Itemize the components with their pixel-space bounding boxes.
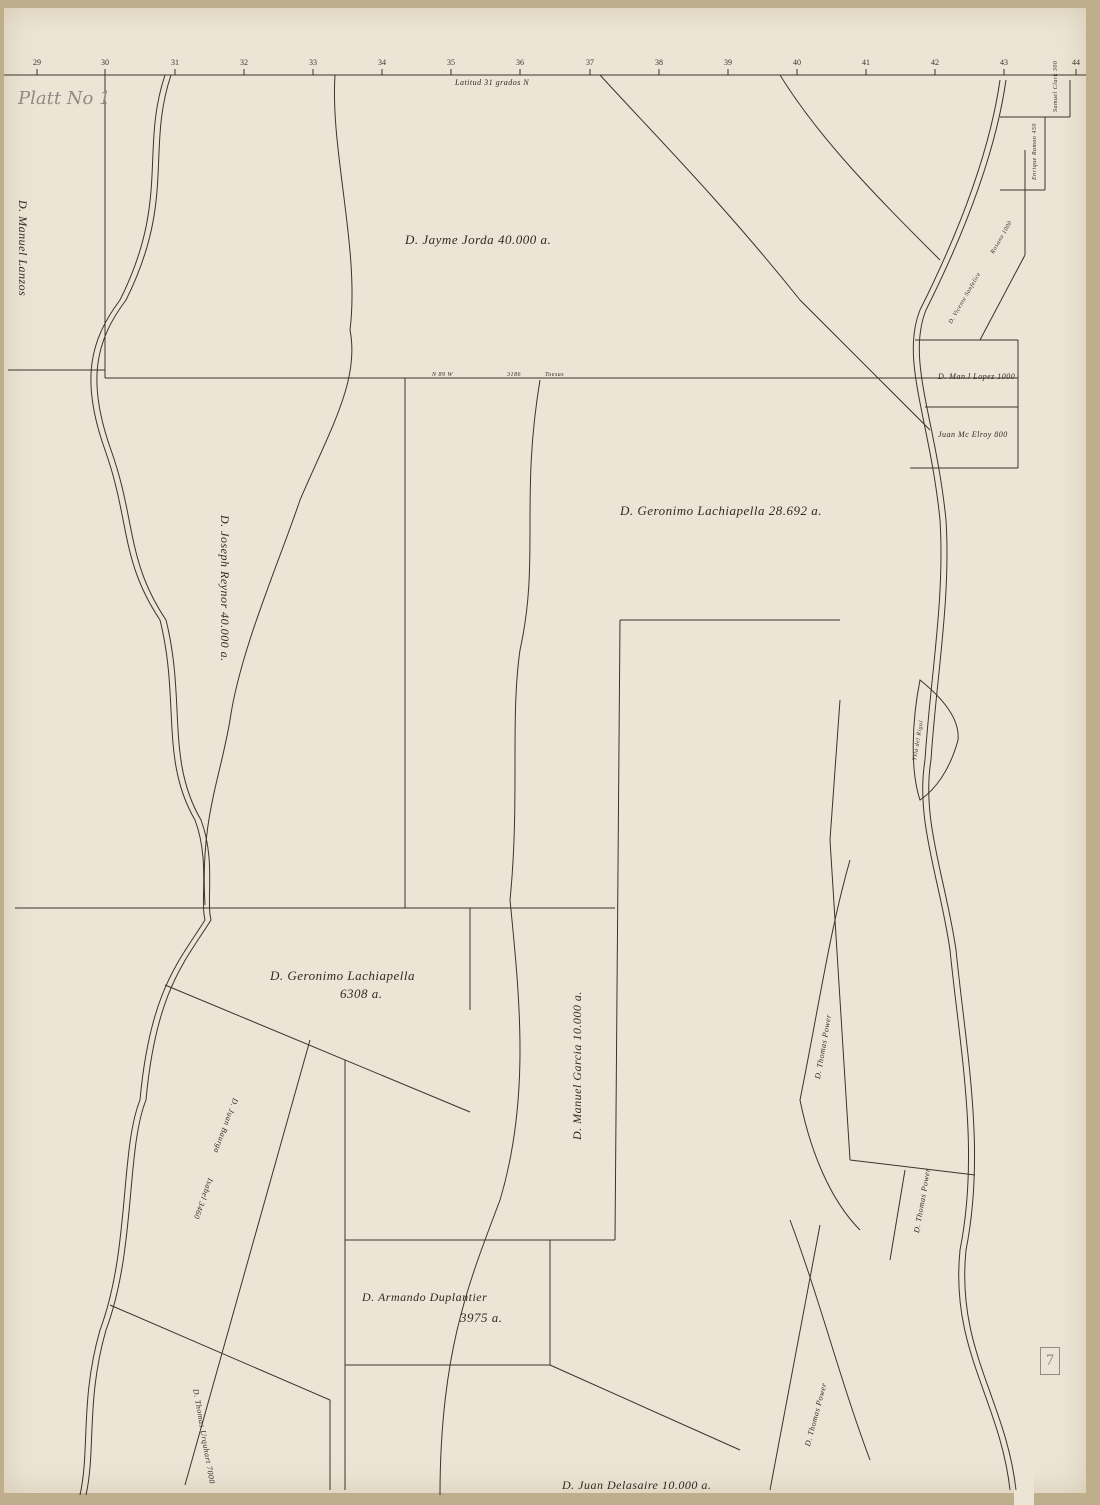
- tick-label: 31: [171, 58, 179, 67]
- tick-label: 33: [309, 58, 317, 67]
- tick-label: 34: [378, 58, 386, 67]
- parcel-area: 6308 a.: [340, 986, 383, 1002]
- survey-distance: 3186: [507, 372, 521, 378]
- tick-label: 36: [516, 58, 524, 67]
- survey-unit: Toesas: [545, 372, 564, 378]
- parcel-label: D. Geronimo Lachiapella: [270, 968, 415, 984]
- parcel-label: D. Joseph Reynor 40.000 a.: [217, 515, 232, 662]
- parcel-label: D. Jayme Jorda 40.000 a.: [405, 232, 551, 248]
- tick-label: 43: [1000, 58, 1008, 67]
- parcel-label: Juan Mc Elroy 800: [938, 430, 1008, 439]
- tick-label: 38: [655, 58, 663, 67]
- parcel-label: Samuel Clark 300: [1053, 61, 1059, 112]
- tick-label: 39: [724, 58, 732, 67]
- tick-label: 42: [931, 58, 939, 67]
- tick-label: 41: [862, 58, 870, 67]
- scale-ticks: [37, 69, 1076, 75]
- parcel-label: Enrique Ramon 450: [1032, 123, 1038, 180]
- tick-label: 35: [447, 58, 455, 67]
- tick-label: 30: [101, 58, 109, 67]
- parcel-label: D. Manuel Lanzos: [15, 200, 30, 296]
- tick-label: 40: [793, 58, 801, 67]
- tick-label: 32: [240, 58, 248, 67]
- tick-label: 44: [1072, 58, 1080, 67]
- parcel-label: D. Geronimo Lachiapella 28.692 a.: [620, 503, 822, 519]
- parcel-label: D. Juan Delasaire 10.000 a.: [562, 1478, 711, 1493]
- tick-label: 29: [33, 58, 41, 67]
- survey-bearing: N 89 W: [432, 372, 453, 378]
- tick-label: 37: [586, 58, 594, 67]
- parcel-label: D. Armando Duplantier: [362, 1290, 487, 1305]
- sheet-label: Platt No 1: [18, 88, 111, 109]
- survey-lines: [0, 0, 1100, 1505]
- parcel-area: 3975 a.: [460, 1310, 503, 1326]
- sheet-number: 7: [1040, 1347, 1060, 1375]
- parcel-label: D. Man.l Lopez 1000: [938, 372, 1015, 381]
- rivers: [80, 75, 1016, 1495]
- parcel-label: D. Manuel Garcia 10.000 a.: [570, 991, 585, 1140]
- latitude-label: Latitud 31 grados N: [455, 78, 529, 87]
